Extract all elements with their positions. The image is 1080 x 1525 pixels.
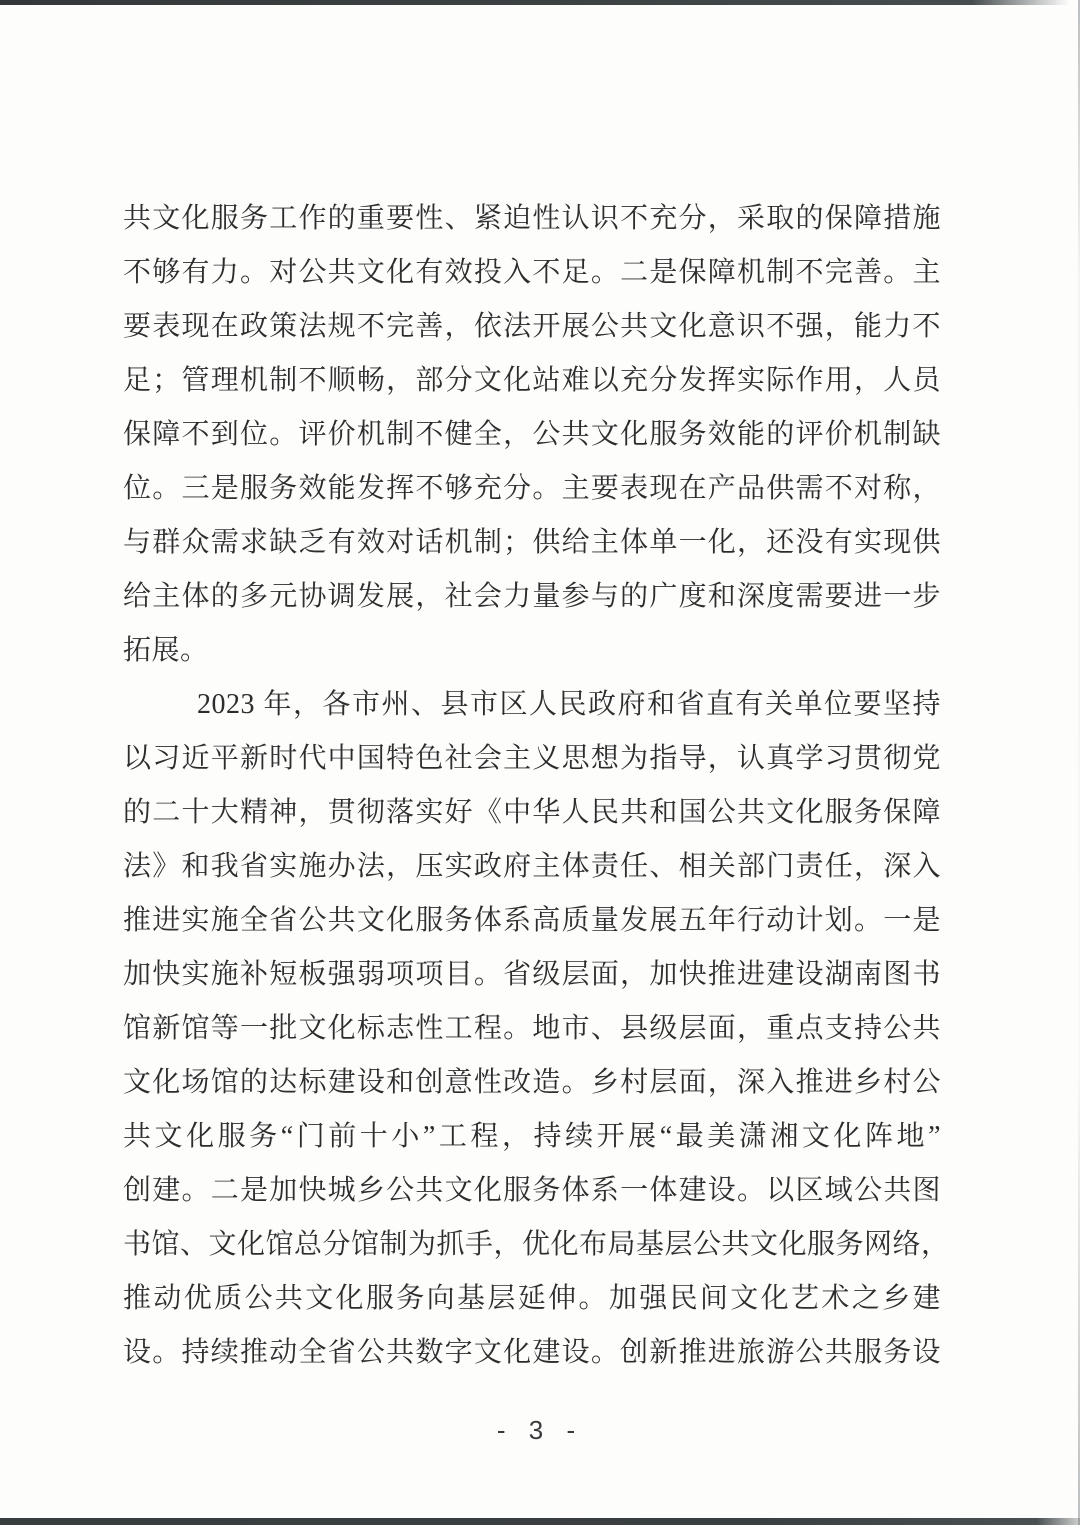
page-number: - 3 -: [0, 1414, 1080, 1446]
text-line: 设。持续推动全省公共数字文化建设。创新推进旅游公共服务设: [123, 1326, 941, 1380]
document-page: 共文化服务工作的重要性、紧迫性认识不充分，采取的保障措施不够有力。对公共文化有效…: [0, 0, 1080, 1525]
text-line: 书馆、文化馆总分馆制为抓手，优化布局基层公共文化服务网络，: [123, 1218, 941, 1272]
text-line: 要表现在政策法规不完善，依法开展公共文化意识不强，能力不: [123, 300, 941, 354]
paragraph: 2023 年，各市州、县市区人民政府和省直有关单位要坚持以习近平新时代中国特色社…: [123, 678, 941, 1380]
text-line: 推动优质公共文化服务向基层延伸。加强民间文化艺术之乡建: [123, 1272, 941, 1326]
text-line: 不够有力。对公共文化有效投入不足。二是保障机制不完善。主: [123, 246, 941, 300]
text-line: 以习近平新时代中国特色社会主义思想为指导，认真学习贯彻党: [123, 732, 941, 786]
text-line: 位。三是服务效能发挥不够充分。主要表现在产品供需不对称，: [123, 462, 941, 516]
text-line: 推进实施全省公共文化服务体系高质量发展五年行动计划。一是: [123, 894, 941, 948]
text-line: 的二十大精神，贯彻落实好《中华人民共和国公共文化服务保障: [123, 786, 941, 840]
text-line: 保障不到位。评价机制不健全，公共文化服务效能的评价机制缺: [123, 408, 941, 462]
text-line: 创建。二是加快城乡公共文化服务体系一体建设。以区域公共图: [123, 1164, 941, 1218]
text-line: 共文化服务“门前十小”工程，持续开展“最美潇湘文化阵地”: [123, 1110, 941, 1164]
text-line: 2023 年，各市州、县市区人民政府和省直有关单位要坚持: [123, 678, 941, 732]
scan-edge-top: [0, 0, 1080, 5]
text-line: 法》和我省实施办法，压实政府主体责任、相关部门责任，深入: [123, 840, 941, 894]
text-line: 拓展。: [123, 624, 941, 678]
paragraph: 共文化服务工作的重要性、紧迫性认识不充分，采取的保障措施不够有力。对公共文化有效…: [123, 192, 941, 678]
scan-edge-bottom: [0, 1518, 1080, 1525]
text-line: 给主体的多元协调发展，社会力量参与的广度和深度需要进一步: [123, 570, 941, 624]
text-line: 文化场馆的达标建设和创意性改造。乡村层面，深入推进乡村公: [123, 1056, 941, 1110]
text-line: 加快实施补短板强弱项项目。省级层面，加快推进建设湖南图书: [123, 948, 941, 1002]
text-line: 与群众需求缺乏有效对话机制；供给主体单一化，还没有实现供: [123, 516, 941, 570]
text-line: 共文化服务工作的重要性、紧迫性认识不充分，采取的保障措施: [123, 192, 941, 246]
document-body: 共文化服务工作的重要性、紧迫性认识不充分，采取的保障措施不够有力。对公共文化有效…: [123, 192, 941, 1380]
text-line: 馆新馆等一批文化标志性工程。地市、县级层面，重点支持公共: [123, 1002, 941, 1056]
text-line: 足；管理机制不顺畅，部分文化站难以充分发挥实际作用，人员: [123, 354, 941, 408]
